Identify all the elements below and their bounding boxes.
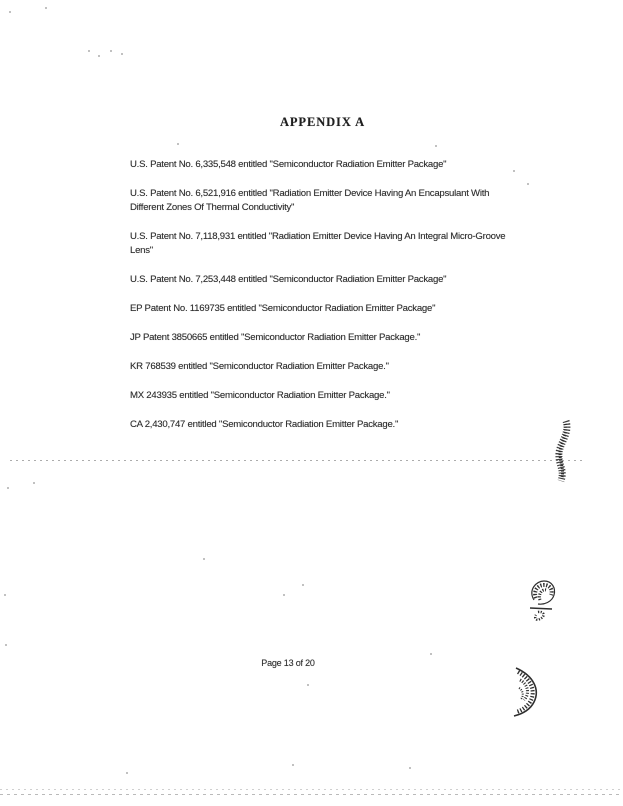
scan-speck: [88, 50, 90, 52]
scan-artifact-scribble-ball: [526, 578, 560, 629]
scan-speck: [45, 7, 47, 9]
scan-speck: [33, 482, 35, 484]
scan-speck: [283, 594, 285, 596]
scan-dotted-line-bottom-2: [0, 794, 623, 795]
patent-entry: U.S. Patent No. 7,118,931 entitled "Radi…: [130, 230, 560, 258]
scan-speck: [126, 772, 128, 774]
scan-speck: [5, 644, 7, 646]
patent-entry: U.S. Patent No. 6,335,548 entitled "Semi…: [130, 158, 560, 172]
scan-speck: [292, 764, 294, 766]
patent-entry: JP Patent 3850665 entitled "Semiconducto…: [130, 331, 560, 345]
scan-speck: [307, 684, 309, 686]
scan-speck: [7, 487, 9, 489]
patent-entry: U.S. Patent No. 6,521,916 entitled "Radi…: [130, 187, 560, 215]
scan-speck: [203, 558, 205, 560]
scan-speck: [409, 767, 411, 769]
patent-entry: U.S. Patent No. 7,253,448 entitled "Semi…: [130, 273, 560, 287]
scan-speck: [430, 653, 432, 655]
page-number: Page 13 of 20: [0, 658, 576, 668]
scan-speck: [513, 170, 515, 172]
scan-speck: [177, 143, 179, 145]
scan-artifact-swirl-mark: [510, 666, 546, 723]
scan-dotted-line-middle: [10, 460, 582, 461]
patent-list: U.S. Patent No. 6,335,548 entitled "Semi…: [130, 158, 560, 447]
scan-speck: [110, 50, 112, 52]
scan-speck: [98, 55, 100, 57]
patent-entry: EP Patent No. 1169735 entitled "Semicond…: [130, 302, 560, 316]
scan-artifact-squiggle-mark: [552, 419, 576, 488]
scan-speck: [435, 145, 437, 147]
page-title: APPENDIX A: [22, 115, 623, 130]
patent-entry: KR 768539 entitled "Semiconductor Radiat…: [130, 360, 560, 374]
patent-entry: CA 2,430,747 entitled "Semiconductor Rad…: [130, 418, 560, 432]
scan-speck: [121, 53, 123, 55]
scan-speck: [9, 11, 11, 13]
scan-dotted-line-bottom-1: [0, 789, 623, 790]
scan-speck: [302, 584, 304, 586]
scanned-page: APPENDIX A U.S. Patent No. 6,335,548 ent…: [0, 0, 623, 806]
patent-entry: MX 243935 entitled "Semiconductor Radiat…: [130, 389, 560, 403]
scan-speck: [527, 183, 529, 185]
scan-speck: [4, 594, 6, 596]
